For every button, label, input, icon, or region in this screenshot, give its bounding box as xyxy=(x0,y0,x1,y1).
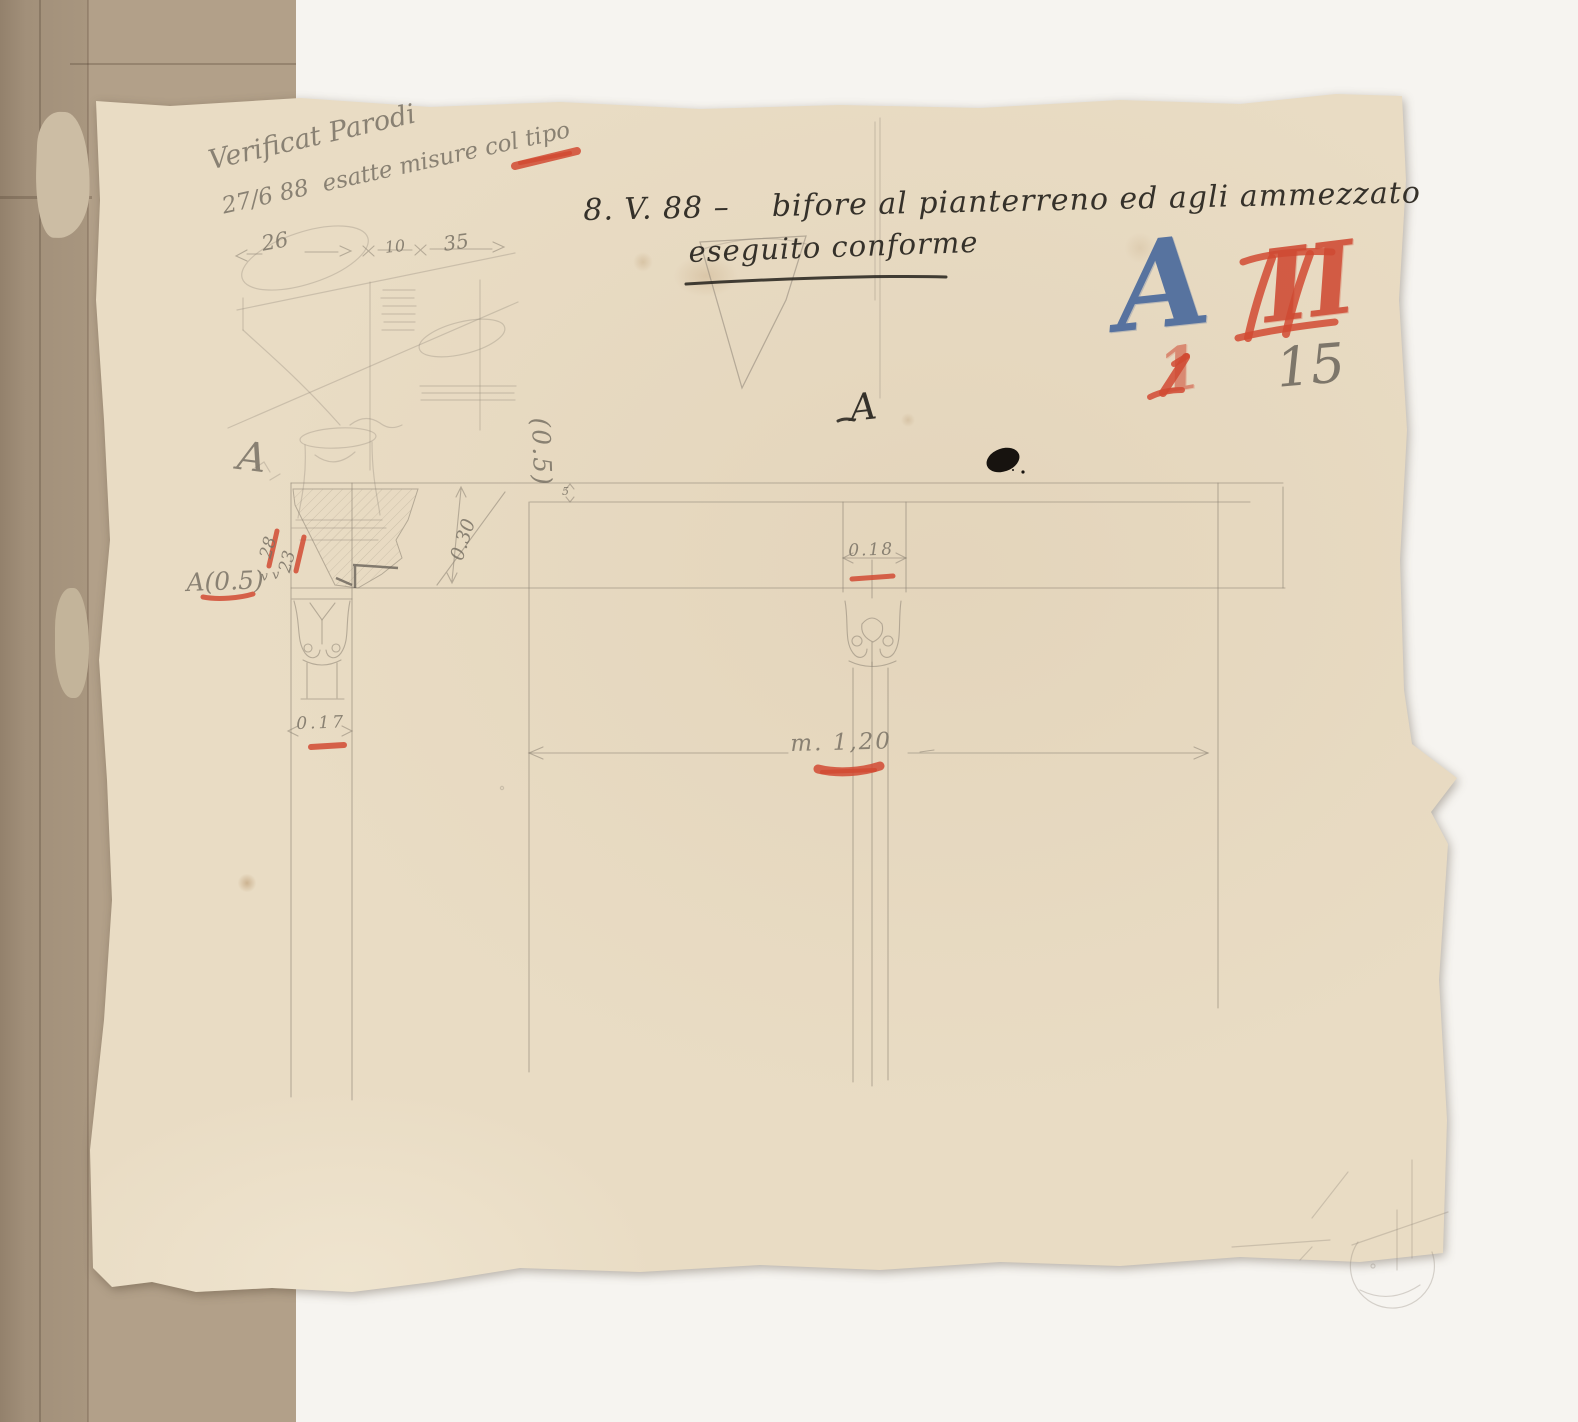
classification-letter-a-blue: A xyxy=(1108,218,1215,349)
classification-number-fifteen: 15 xyxy=(1274,336,1347,396)
dimension-opening-width: m. 1,20 xyxy=(790,730,892,756)
label-a-sketch: A xyxy=(235,436,269,479)
sketch-dim-5: 5 xyxy=(562,486,569,497)
label-v-marks: v v xyxy=(260,568,280,583)
classification-numeral-two-red: II xyxy=(1256,227,1361,338)
dimension-left-column-width: 0.17 xyxy=(296,714,346,733)
sketch-dim-10: 10 xyxy=(384,238,406,256)
sketch-dim-35: 35 xyxy=(442,230,470,253)
label-half-scale-rotated: (0.5) xyxy=(528,417,555,487)
dimension-center-column-width: 0.18 xyxy=(848,541,894,560)
sketch-dim-26: 26 xyxy=(260,229,290,254)
scanned-drawing: Verificat Parodi 27/6 88 esatte misure c… xyxy=(0,0,1578,1422)
label-a-section-scale: A(0.5) xyxy=(186,567,264,595)
label-a-center: A xyxy=(848,387,878,427)
